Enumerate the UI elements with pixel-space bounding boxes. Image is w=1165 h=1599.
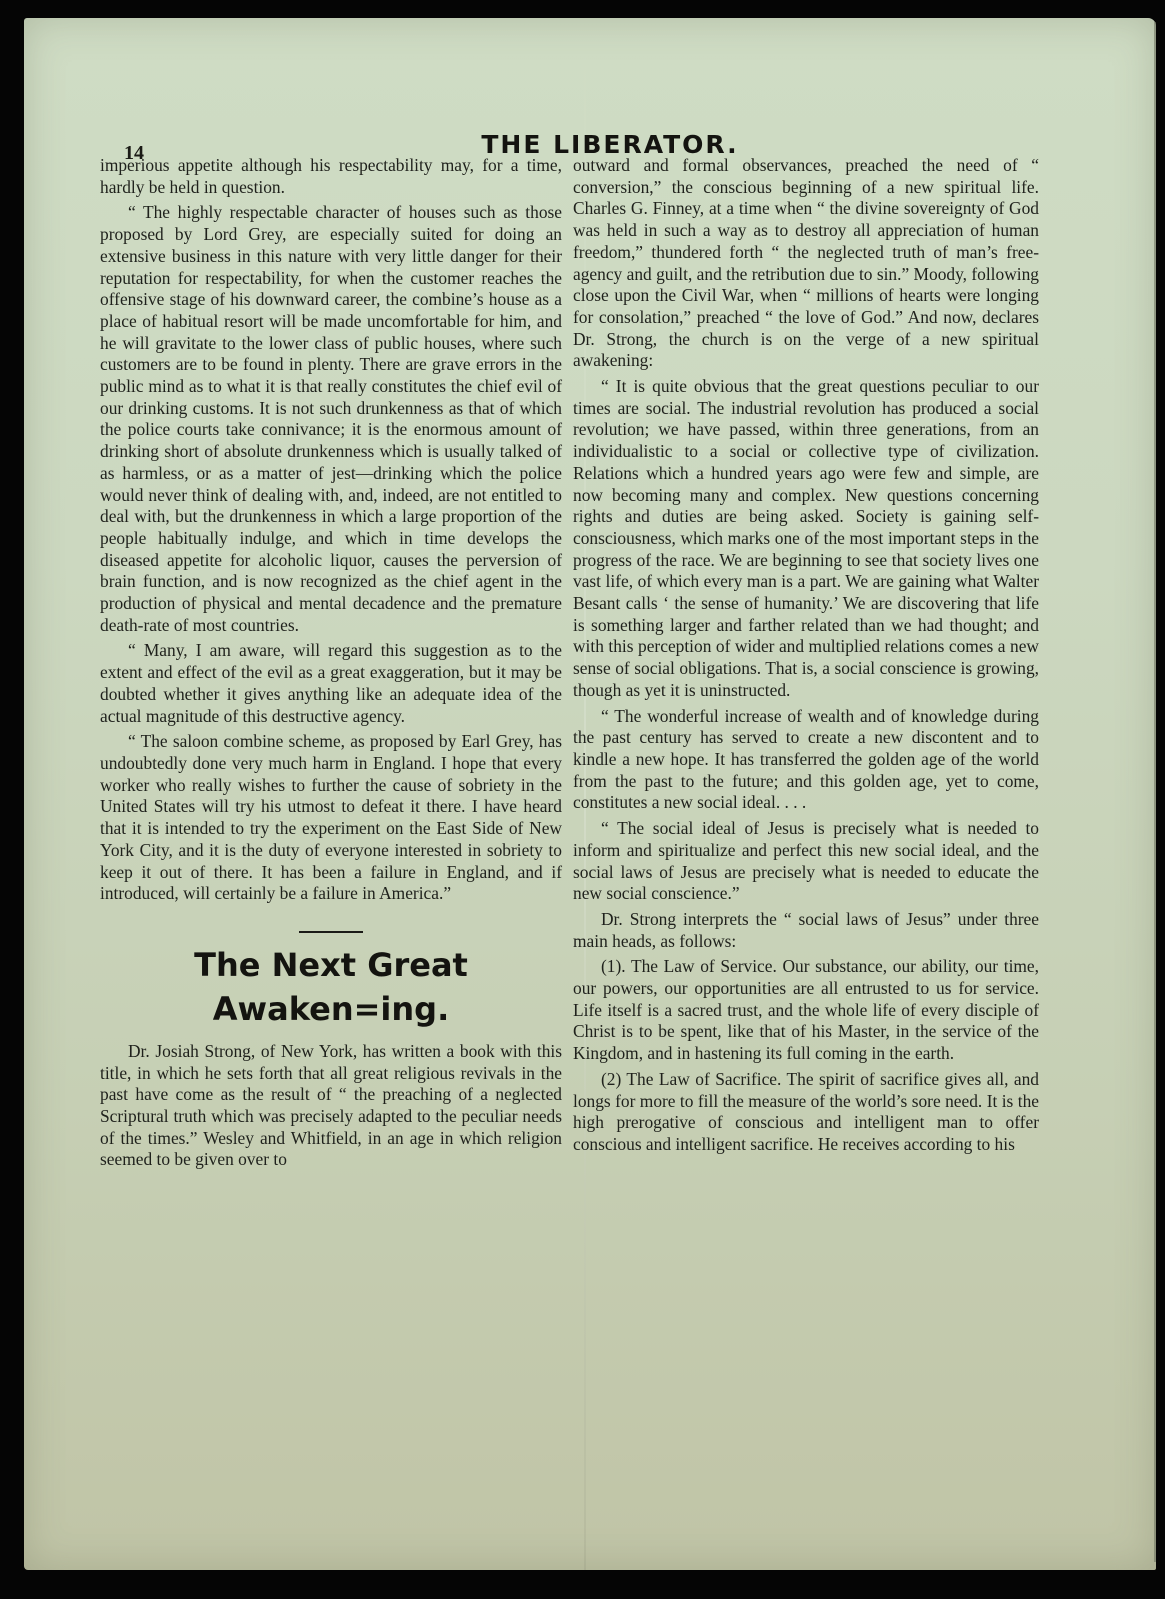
paragraph: “ The highly respectable character of ho… bbox=[100, 202, 562, 636]
left-column: imperious appetite although his respecta… bbox=[100, 155, 562, 1171]
paragraph: “ It is quite obvious that the great que… bbox=[573, 376, 1039, 702]
paragraph: (2) The Law of Sacrifice. The spirit of … bbox=[573, 1069, 1039, 1156]
paragraph: “ The saloon combine scheme, as proposed… bbox=[100, 731, 562, 905]
paragraph: Dr. Strong interprets the “ social laws … bbox=[573, 909, 1039, 952]
article-headline: The Next Great Awaken=ing. bbox=[100, 943, 562, 1031]
paragraph: “ Many, I am aware, will regard this sug… bbox=[100, 640, 562, 727]
right-column-body: outward and formal observances, preached… bbox=[573, 155, 1039, 1156]
article-body: Dr. Josiah Strong, of New York, has writ… bbox=[100, 1041, 562, 1171]
paragraph: Dr. Josiah Strong, of New York, has writ… bbox=[100, 1041, 562, 1171]
section-divider bbox=[299, 931, 363, 933]
paragraph: “ The wonderful increase of wealth and o… bbox=[573, 706, 1039, 815]
left-column-body: imperious appetite although his respecta… bbox=[100, 155, 562, 905]
paragraph: “ The social ideal of Jesus is precisely… bbox=[573, 818, 1039, 905]
right-column: outward and formal observances, preached… bbox=[573, 155, 1039, 1156]
paragraph: outward and formal observances, preached… bbox=[573, 155, 1039, 372]
paragraph: imperious appetite although his respecta… bbox=[100, 155, 562, 198]
paragraph: (1). The Law of Service. Our substance, … bbox=[573, 956, 1039, 1065]
page-edge bbox=[1154, 22, 1156, 1562]
